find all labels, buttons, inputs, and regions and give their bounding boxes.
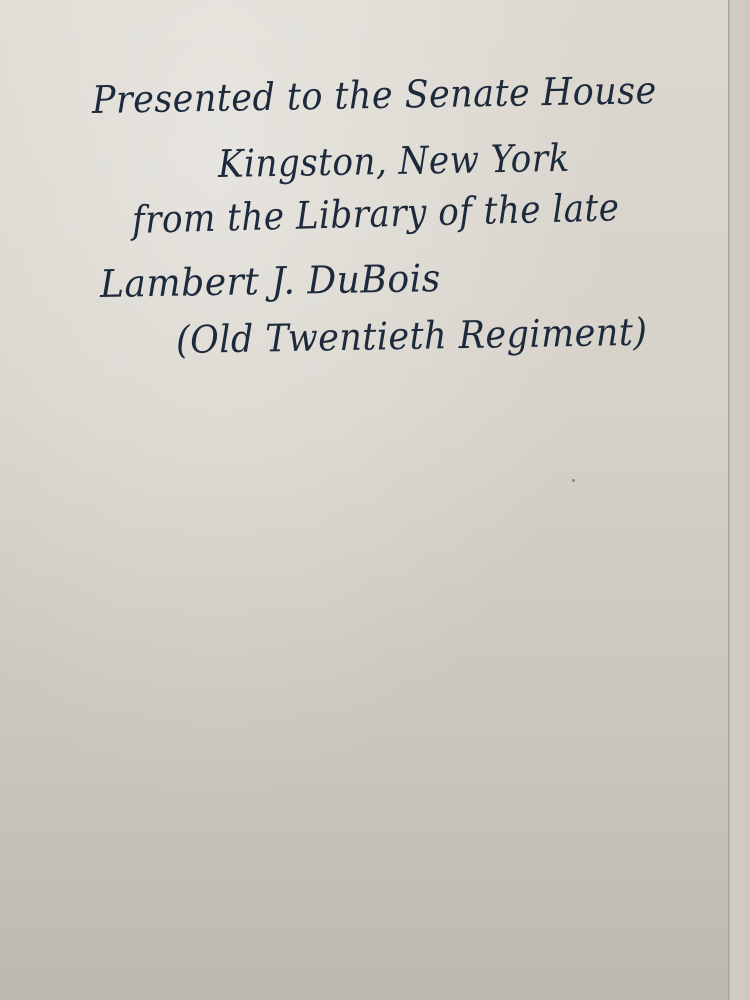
inscription-line-name: Lambert J. DuBois [100,256,441,306]
handwritten-inscription: Presented to the Senate House Kingston, … [0,0,730,400]
page-edge [728,0,750,1000]
paper-speck [572,479,575,482]
inscription-line-location: Kingston, New York [218,136,570,186]
inscription-line-library: from the Library of the late [131,185,620,242]
book-page: Presented to the Senate House Kingston, … [0,0,730,1000]
inscription-line-regiment: (Old Twentieth Regiment) [176,310,648,362]
inscription-line-presented: Presented to the Senate House [92,68,657,122]
